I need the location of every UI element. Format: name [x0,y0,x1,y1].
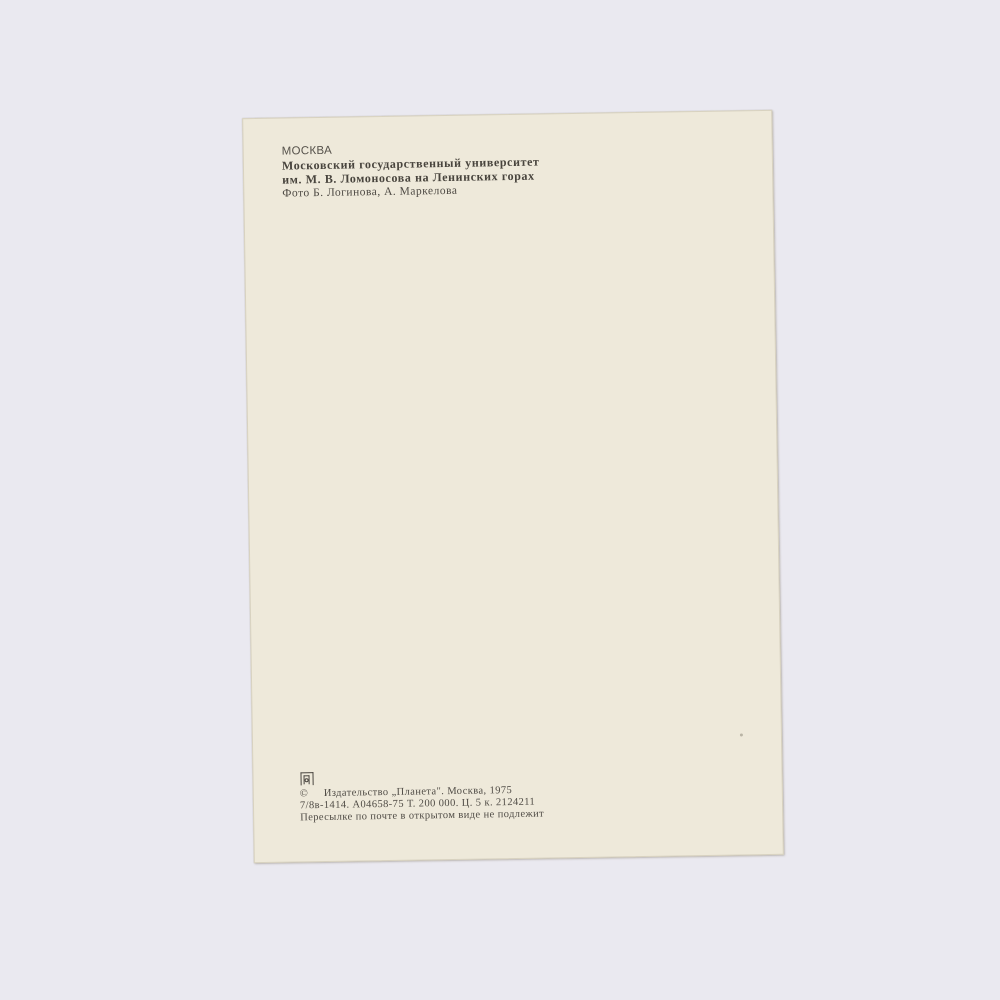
caption-block: МОСКВА Московский государственный универ… [282,141,540,201]
publisher-logo-icon [300,772,313,785]
imprint-block: ©Издательство „Планета". Москва, 1975 7/… [299,769,544,825]
postal-notice: Пересылке по почте в открытом виде не по… [300,809,544,825]
paper-speck [740,733,743,736]
postcard-back: МОСКВА Московский государственный универ… [242,110,784,863]
photo-credit: Фото Б. Логинова, А. Маркелова [282,183,540,201]
copyright-icon: © [300,788,324,800]
logo-dot [305,778,309,782]
